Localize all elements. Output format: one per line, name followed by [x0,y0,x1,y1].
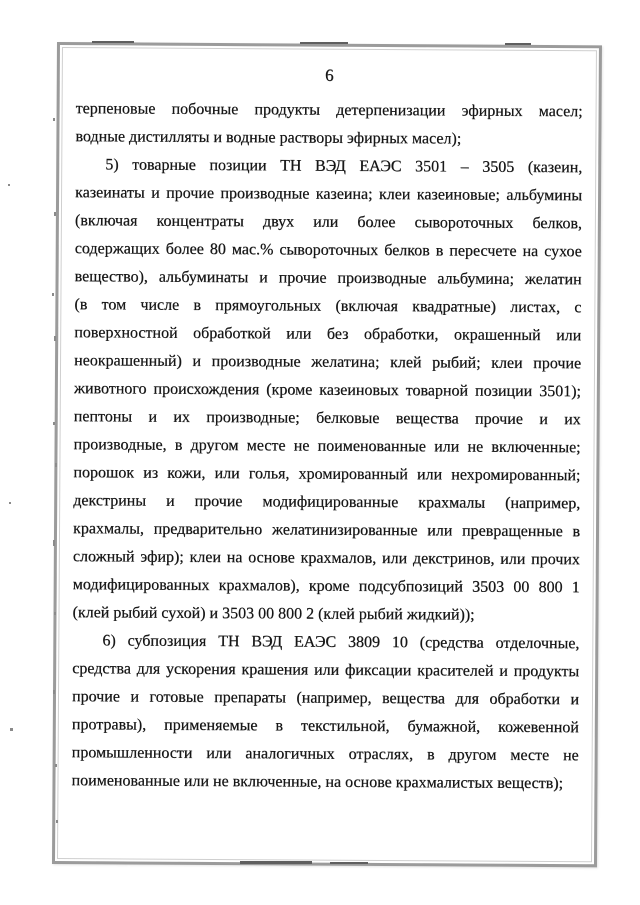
scan-speckle [53,540,55,546]
page-number: 6 [76,61,583,90]
text-line: декстрины и прочие модифицированные крах… [73,487,580,518]
scan-speckle [10,728,13,731]
text-line: крахмалы, предварительно желатинизирован… [73,515,580,546]
scan-speckle [52,293,54,296]
scan-speckle [55,463,57,467]
scan-border-dash [240,861,312,864]
text-line: поверхностной обработкой или без обработ… [74,319,581,350]
scan-border-dash [92,41,134,43]
text-line: неокрашенный) и производные желатина; кл… [74,347,581,378]
text-line: 6) субпозиция ТН ВЭД ЕАЭС 3809 10 (средс… [72,627,579,658]
text-line: промышленности или аналогичных отраслях,… [72,739,579,770]
scan-speckle [9,502,11,504]
text-line: содержащих более 80 мас.% сывороточных б… [75,235,582,266]
text-line: казеинаты и прочие производные казеина; … [75,179,582,210]
text-line: вещество), альбуминаты и прочие производ… [74,263,581,294]
text-line: прочие и готовые препараты (например, ве… [72,683,579,714]
text-line: животного происхождения (кроме казеиновы… [74,375,581,406]
text-line: средства для ускорения крашения или фикс… [72,655,579,686]
text-line: пептоны и их производные; белковые вещес… [74,403,581,434]
scan-speckle [54,336,56,341]
text-line: производные, в другом месте не поименова… [73,431,580,462]
scan-speckle [55,764,57,767]
text-line: порошок из кожи, или голья, хромированны… [73,459,580,490]
scan-speckle [54,612,56,615]
text-line: модифицированных крахмалов), кроме подсу… [73,571,580,602]
document-text: терпеновые побочные продукты детерпениза… [71,95,582,798]
scanned-page: 6 терпеновые побочные продукты детерпени… [52,42,602,867]
text-line: 5) товарные позиции ТН ВЭД ЕАЭС 3501 – 3… [75,151,582,182]
scan-speckle [56,820,58,823]
scan-speckle [53,118,55,121]
text-line: терпеновые побочные продукты детерпениза… [76,95,583,126]
scan-speckle [8,184,10,186]
scan-border-dash [300,42,348,44]
scan-speckle [53,690,55,694]
scan-speckle [54,212,56,216]
scan-border-dash [505,43,531,45]
scan-speckle [53,422,55,425]
text-line: (в том числе в прямоугольных (включая кв… [74,291,581,322]
text-line: (включая концентраты двух или более сыво… [75,207,582,238]
screenshot-canvas: 6 терпеновые побочные продукты детерпени… [0,0,640,905]
text-line: (клей рыбий сухой) и 3503 00 800 2 (клей… [72,599,579,630]
text-line: протравы), применяемые в текстильной, бу… [72,711,579,742]
scan-border-dash [330,862,368,864]
text-line: поименованные или не включенные, на осно… [71,767,578,798]
text-line: водные дистилляты и водные растворы эфир… [75,123,582,154]
text-line: сложный эфир); клеи на основе крахмалов,… [73,543,580,574]
